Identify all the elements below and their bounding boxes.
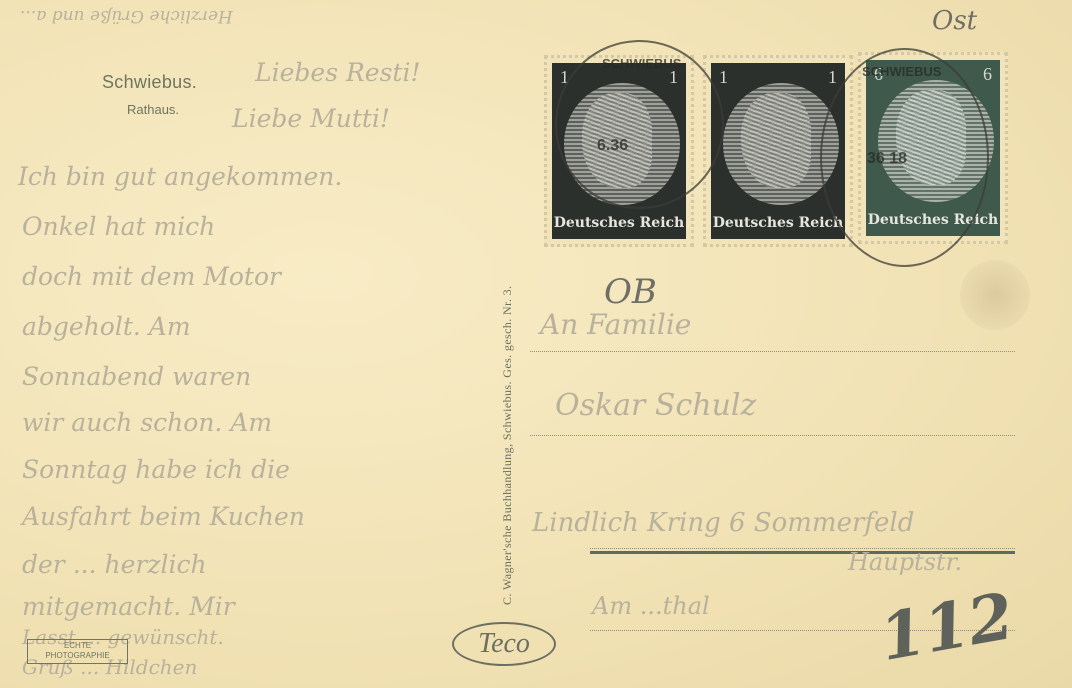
greeting-2: Liebe Mutti! <box>232 104 390 133</box>
stamp-value: 1 <box>719 67 728 88</box>
message-line: der ... herzlich <box>22 550 207 579</box>
teco-logo: Teco <box>452 622 556 666</box>
annotation-ob: OB <box>604 272 657 312</box>
annotation-112: 112 <box>875 579 1020 676</box>
postmark-date: 6.36 <box>597 137 628 155</box>
postcard-subtitle: Rathaus. <box>127 102 179 117</box>
message-line: Ausfahrt beim Kuchen <box>22 502 305 531</box>
postmark-2: SCHWIEBUS 36 18 <box>820 48 989 267</box>
address-recipient-2: Oskar Schulz <box>555 388 756 423</box>
annotation-ost: Ost <box>932 6 977 36</box>
address-city: Lindlich Kring 6 Sommerfeld <box>532 508 914 538</box>
portrait-head-icon <box>741 93 811 188</box>
greeting-1: Liebes Resti! <box>255 58 421 87</box>
message-line: wir auch schon. Am <box>22 408 272 437</box>
postcard-title: Schwiebus. <box>102 72 197 93</box>
paper-stain <box>960 260 1030 330</box>
address-extra: Am ...thal <box>592 592 710 620</box>
address-street: Hauptstr. <box>848 548 962 576</box>
photo-badge-line-2: PHOTOGRAPHIE <box>28 651 127 661</box>
message-line: doch mit dem Motor <box>22 262 281 291</box>
publisher-imprint: C. Wagner'sche Buchhandlung, Schwiebus. … <box>500 286 515 605</box>
postmark-date: 36 18 <box>867 150 907 168</box>
message-line: Ich bin gut angekommen. <box>18 162 342 191</box>
handwriting-upside-down: Herzliche Grüße und a... <box>20 6 233 26</box>
address-recipient-1: An Familie <box>540 308 691 341</box>
postcard-back: Herzliche Grüße und a... Schwiebus. Rath… <box>0 0 1072 688</box>
postmark-text: SCHWIEBUS <box>862 64 941 79</box>
message-line: Onkel hat mich <box>22 212 215 241</box>
message-line: Sonntag habe ich die <box>22 455 290 484</box>
address-line-2 <box>530 435 1015 436</box>
stamp-value: 1 <box>828 67 837 88</box>
stamp-country-label: Deutsches Reich <box>711 215 845 231</box>
photo-badge-line-1: ECHTE <box>28 641 127 651</box>
postmark-text: SCHWIEBUS <box>602 56 681 71</box>
message-line: Sonnabend waren <box>22 362 251 391</box>
stamp-country-label: Deutsches Reich <box>552 215 686 231</box>
message-line: mitgemacht. Mir <box>22 592 235 621</box>
message-line: abgeholt. Am <box>22 312 191 341</box>
photo-badge: ECHTE PHOTOGRAPHIE <box>27 639 128 664</box>
postmark-1: SCHWIEBUS 6.36 <box>555 40 724 209</box>
stamp-value: 6 <box>983 64 992 85</box>
address-line-1 <box>530 351 1015 352</box>
